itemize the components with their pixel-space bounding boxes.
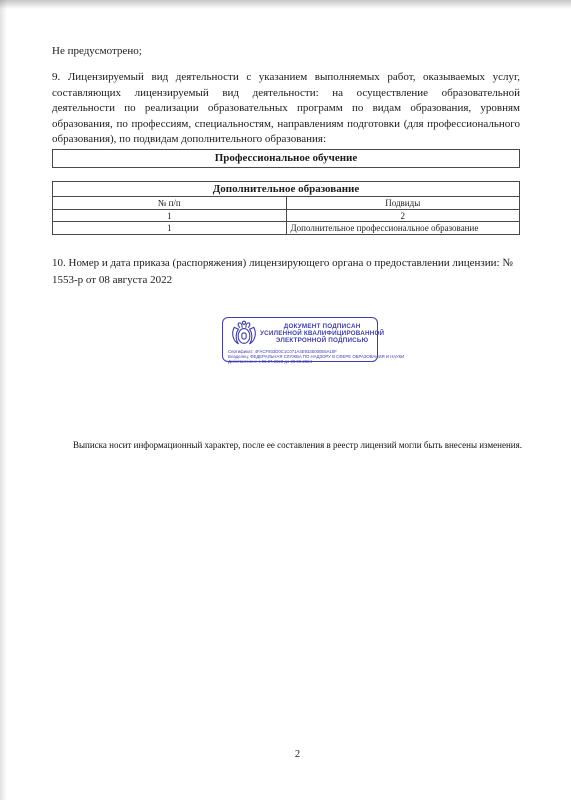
table-header-row: № п/п Подвиды: [53, 197, 520, 210]
table-count-row: 1 2: [53, 210, 520, 222]
license-extract-page-2: Не предусмотрено; 9. Лицензируемый вид д…: [0, 0, 571, 800]
stamp-validity: Действителен: с 06.07.2023 до 28.09.2024: [228, 359, 374, 364]
row-number-cell: 1: [53, 222, 287, 235]
stamp-details: Сертификат: 4FACF933D0C1C071A4E9335000E6…: [223, 347, 377, 366]
digital-signature-stamp: ДОКУМЕНТ ПОДПИСАН УСИЛЕННОЙ КВАЛИФИЦИРОВ…: [222, 317, 378, 362]
row-subtype-cell: Дополнительное профессиональное образова…: [286, 222, 520, 235]
table-row: 1 Дополнительное профессиональное образо…: [53, 222, 520, 235]
table-title: Дополнительное образование: [53, 182, 520, 197]
stamp-header: ДОКУМЕНТ ПОДПИСАН УСИЛЕННОЙ КВАЛИФИЦИРОВ…: [223, 318, 377, 347]
column-header-number: № п/п: [53, 197, 287, 210]
section-10-order-number: 10. Номер и дата приказа (распоряжения) …: [52, 255, 520, 288]
coat-of-arms-icon: [228, 320, 260, 347]
stamp-title-line-1: ДОКУМЕНТ ПОДПИСАН: [260, 323, 384, 330]
informational-note: Выписка носит информационный характер, п…: [73, 440, 522, 450]
stamp-title-line-3: ЭЛЕКТРОННОЙ ПОДПИСЬЮ: [260, 337, 384, 344]
table-title-row: Дополнительное образование: [53, 182, 520, 197]
stamp-title: ДОКУМЕНТ ПОДПИСАН УСИЛЕННОЙ КВАЛИФИЦИРОВ…: [260, 323, 384, 344]
stamp-title-line-2: УСИЛЕННОЙ КВАЛИФИЦИРОВАННОЙ: [260, 330, 384, 337]
count-cell-1: 1: [53, 210, 287, 222]
not-provided-text: Не предусмотрено;: [52, 44, 142, 60]
additional-education-table: Дополнительное образование № п/п Подвиды…: [52, 181, 520, 235]
column-header-subtypes: Подвиды: [286, 197, 520, 210]
professional-training-heading-box: Профессиональное обучение: [52, 149, 520, 168]
page-number: 2: [295, 749, 300, 760]
section-9-licensed-activity: 9. Лицензируемый вид деятельности с указ…: [52, 70, 520, 148]
count-cell-2: 2: [286, 210, 520, 222]
